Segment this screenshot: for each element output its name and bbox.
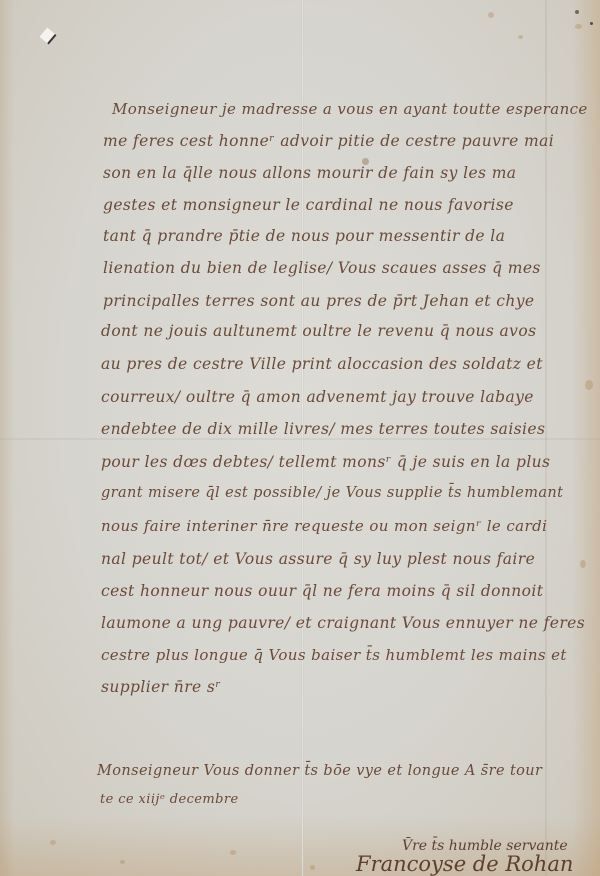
foxing-spot: [590, 22, 593, 25]
letter-line: dont ne jouis aultunemt oultre le revenu…: [101, 322, 536, 340]
closing-line: Monseigneur Vous donner t̄s bōe vye et …: [97, 763, 542, 779]
closing-line: te ce xiijᵉ decembre: [100, 792, 239, 807]
letter-line: Monseigneur je madresse a vous en ayant …: [112, 100, 588, 118]
letter-line: nal peult tot/ et Vous assure q̄ sy luy …: [101, 550, 535, 568]
foxing-spot: [230, 850, 236, 855]
letter-line: me feres cest honneʳ advoir pitie de ces…: [103, 132, 554, 150]
letter-line: gestes et monsigneur le cardinal ne nous…: [103, 196, 514, 214]
foxing-spot: [575, 24, 582, 29]
letter-line: cestre plus longue q̄ Vous baiser t̄s hu…: [101, 646, 567, 664]
letter-line: nous faire interiner n̄re requeste ou mo…: [101, 517, 547, 535]
letter-line: endebtee de dix mille livres/ mes terres…: [101, 420, 545, 438]
letter-line: son en la q̄lle nous allons mourir de fa…: [103, 164, 516, 182]
letter-line: lienation du bien de leglise/ Vous scaue…: [103, 259, 541, 277]
letter-line: cest honneur nous ouur q̄l ne fera moins…: [101, 582, 543, 600]
foxing-spot: [580, 560, 586, 568]
letter-sheet: Monseigneur je madresse a vous en ayant …: [0, 0, 600, 876]
foxing-spot: [585, 380, 593, 390]
paper-tear-mark: [40, 28, 57, 45]
letter-line: tant q̄ prandre p̄tie de nous pour messe…: [103, 227, 505, 245]
foxing-spot: [518, 35, 523, 39]
letter-line: pour les dœs debtes/ tellemt monsʳ q̄ je…: [101, 453, 550, 471]
letter-line: laumone a ung pauvre/ et craignant Vous …: [101, 614, 585, 632]
letter-line: courreux/ oultre q̄ amon advenemt jay tr…: [101, 388, 534, 406]
foxing-spot: [120, 860, 125, 864]
letter-line: supplier n̄re sʳ: [101, 678, 221, 696]
foxing-spot: [310, 865, 315, 870]
letter-line: principalles terres sont au pres de p̄rt…: [103, 292, 534, 310]
letter-line: au pres de cestre Ville print aloccasion…: [101, 355, 543, 373]
foxing-spot: [488, 12, 494, 18]
signature-name: Francoyse de Rohan: [356, 852, 573, 876]
foxing-spot: [575, 10, 579, 14]
letter-line: grant misere q̄l est possible/ je Vous s…: [101, 485, 563, 501]
horizontal-fold-line: [0, 438, 600, 440]
foxing-spot: [50, 840, 56, 845]
